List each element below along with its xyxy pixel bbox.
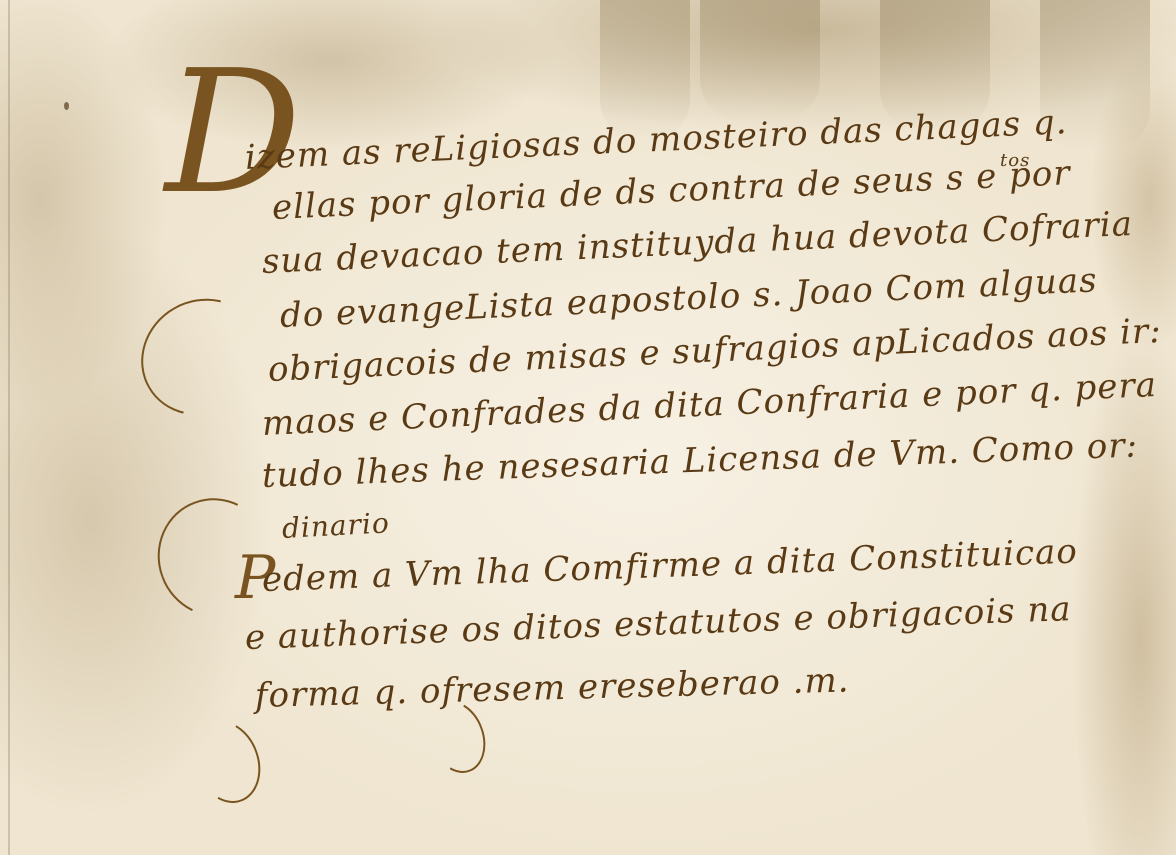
text-line-8: dinario <box>281 506 390 545</box>
text-line-9: edem a Vm lha Comfirme a dita Constituic… <box>261 532 1078 600</box>
text-line-11: forma q. ofresem ereseberao .m. <box>254 660 849 716</box>
marginal-flourish <box>120 277 284 438</box>
page-fold-line <box>8 0 10 855</box>
ink-speck <box>64 102 69 110</box>
water-stain <box>700 0 820 120</box>
manuscript-page: D izem as reLigiosas do mosteiro das cha… <box>0 0 1176 855</box>
text-line-10: e authorise os ditos estatutos e obrigac… <box>244 589 1072 658</box>
descender-flourish <box>183 712 272 813</box>
